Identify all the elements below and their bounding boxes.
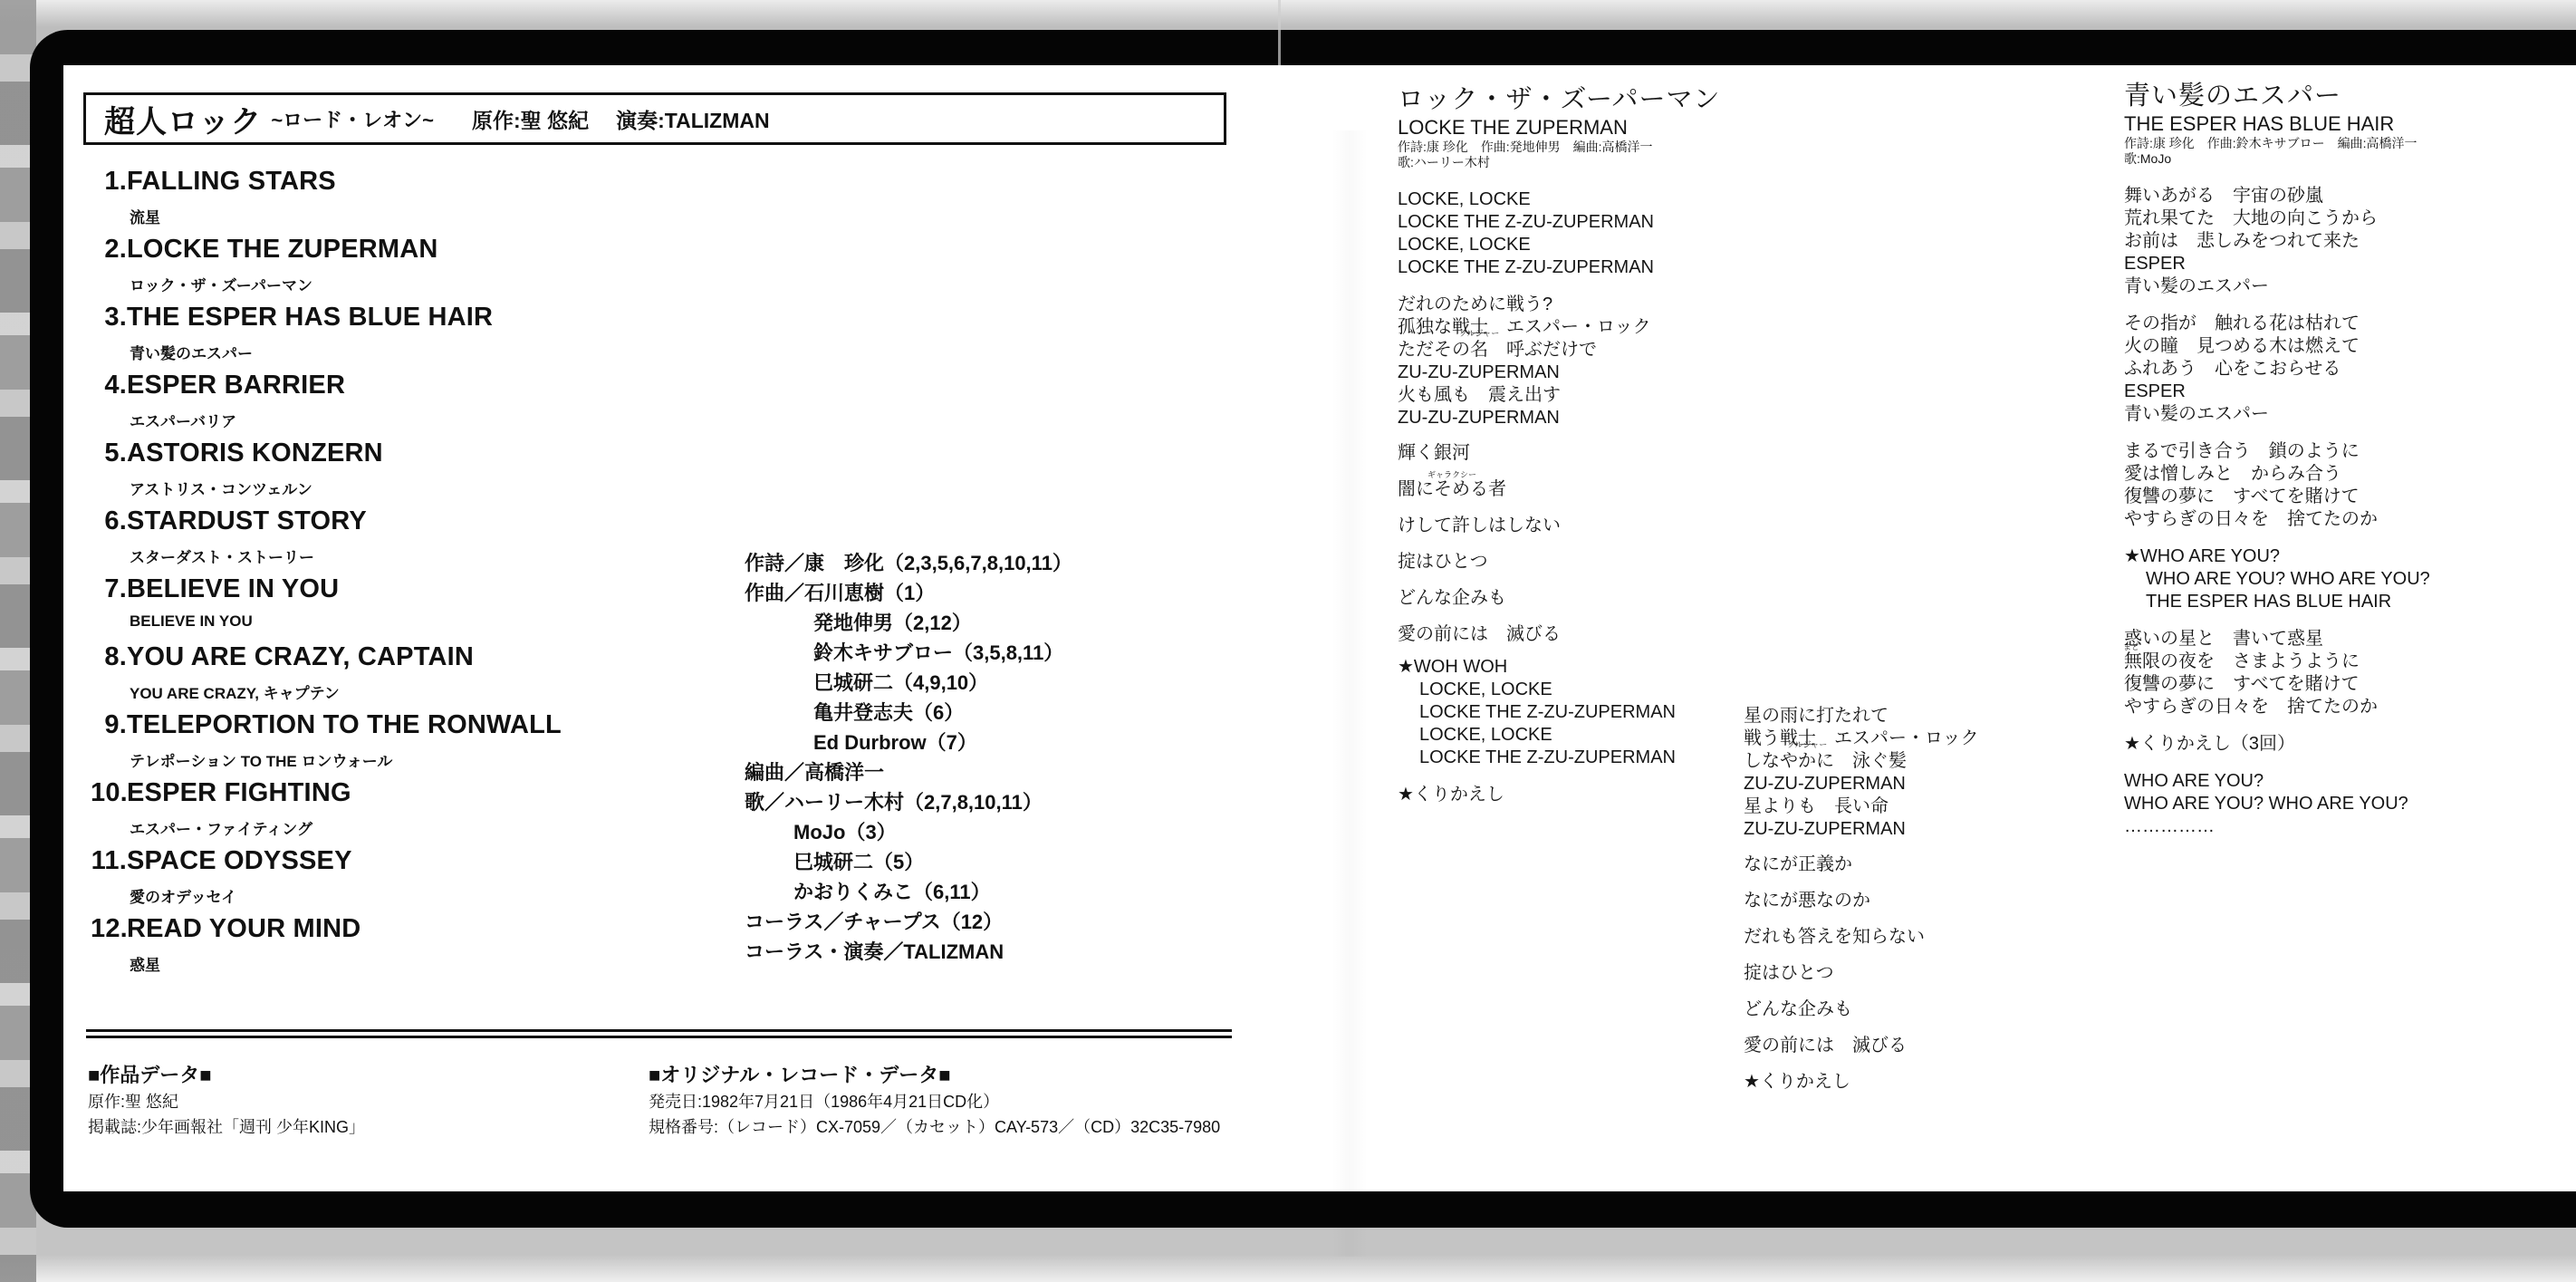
lyric-line: 無限の夜を さまようように <box>2124 651 2430 673</box>
track-number: 12. <box>91 914 127 944</box>
record-data-block: ■オリジナル・レコード・データ■ 発売日:1982年7月21日（1986年4月2… <box>649 1062 1220 1140</box>
lyric-text: 戦う戦士 エスパー・ロック <box>1744 728 1979 748</box>
track-subtitle: テレポーション TO THE ロンウォール <box>130 748 392 771</box>
lyric-line: どんな企みも <box>1744 991 1979 1027</box>
ruby-annotation: ソルジャー <box>1459 323 1500 345</box>
work-data-line: 原作:聖 悠紀 <box>88 1089 365 1114</box>
track-number: 8. <box>91 642 127 672</box>
lyric-line: 青い髪のエスパー <box>2124 275 2430 298</box>
track-item: 1.FALLING STARS流星 <box>91 165 725 233</box>
track-number: 2. <box>91 235 127 265</box>
track-item: 9.TELEPORTION TO THE RONWALLテレポーション TO T… <box>91 708 725 776</box>
track-title: TELEPORTION TO THE RONWALL <box>127 710 562 739</box>
lyrics-locke-continued: 星の雨に打たれて ソルジャー戦う戦士 エスパー・ロック しなやかに 泳ぐ髪 ZU… <box>1744 705 1979 1100</box>
track-number: 6. <box>91 506 127 536</box>
album-title: 超人ロック <box>104 97 262 141</box>
lyric-line: 星よりも 長い命 <box>1744 795 1979 818</box>
lyric-text: 孤独な戦士 エスパー・ロック <box>1398 317 1651 337</box>
track-title: STARDUST STORY <box>127 506 367 535</box>
lyric-line: LOCKE THE Z-ZU-ZUPERMAN <box>1398 747 1721 769</box>
credit-composer: 亀井登志夫（6） <box>745 698 1216 728</box>
divider-double-rule <box>86 1029 1232 1038</box>
lyric-line: やすらぎの日々を 捨てたのか <box>2124 696 2430 718</box>
track-title: ESPER FIGHTING <box>127 778 351 807</box>
lyric-line: ZU-ZU-ZUPERMAN <box>1744 773 1979 795</box>
lyric-line: ★WOH WOH <box>1398 656 1721 679</box>
track-number: 5. <box>91 439 127 468</box>
lyric-line: LOCKE, LOCKE <box>1398 679 1721 701</box>
track-subtitle: 惑星 <box>130 952 160 975</box>
lyric-line: LOCKE THE Z-ZU-ZUPERMAN <box>1398 211 1721 234</box>
lyric-line: ESPER <box>2124 253 2430 275</box>
song-title-japanese: 青い髪のエスパー <box>2124 80 2430 112</box>
credit-composer: 発地伸男（2,12） <box>745 608 1216 638</box>
track-title: LOCKE THE ZUPERMAN <box>127 235 438 264</box>
track-title: READ YOUR MIND <box>127 914 360 943</box>
track-subtitle: ロック・ザ・ズーパーマン <box>130 273 312 295</box>
lyrics-esper-has-blue-hair: 青い髪のエスパー THE ESPER HAS BLUE HAIR 作詩:康 珍化… <box>2124 80 2430 838</box>
lyrics-locke-the-zuperman: ロック・ザ・ズーパーマン LOCKE THE ZUPERMAN 作詩:康 珍化 … <box>1398 83 1721 806</box>
lyric-line: ふれあう 心をこおらせる <box>2124 358 2430 381</box>
record-data-line: 規格番号:（レコード）CX-7059／（カセット）CAY-573／（CD）32C… <box>649 1114 1220 1140</box>
track-number: 9. <box>91 710 127 740</box>
lyric-line: ★WHO ARE YOU? <box>2124 545 2430 568</box>
ruby-annotation: ギャラクシー <box>1427 457 1476 493</box>
repeat-marker: ★くりかえし <box>1744 1064 1979 1100</box>
lyric-line: LOCKE, LOCKE <box>1398 724 1721 747</box>
credit-vocal: かおりくみこ（6,11） <box>745 877 1216 907</box>
track-item: 3.THE ESPER HAS BLUE HAIR青い髪のエスパー <box>91 301 725 369</box>
track-subtitle: 愛のオデッセイ <box>130 884 236 907</box>
track-item: 8.YOU ARE CRAZY, CAPTAINYOU ARE CRAZY, キ… <box>91 641 725 708</box>
center-fold <box>1331 130 1368 1257</box>
lyric-line: だれのために戦う? <box>1398 294 1721 316</box>
track-item: 5.ASTORIS KONZERNアストリス・コンツェルン <box>91 437 725 505</box>
track-subtitle: エスパー・ファイティング <box>130 816 312 839</box>
track-title: YOU ARE CRAZY, CAPTAIN <box>127 642 474 671</box>
lyric-line: 復讐の夢に すべてを賭けて <box>2124 673 2430 696</box>
lyric-line: どんな企みも <box>1398 580 1721 616</box>
lyric-line: やすらぎの日々を 捨てたのか <box>2124 508 2430 531</box>
lyric-line: LOCKE THE Z-ZU-ZUPERMAN <box>1398 256 1721 279</box>
credit-lyrics: 作詩／康 珍化（2,3,5,6,7,8,10,11） <box>745 548 1216 578</box>
track-number: 10. <box>91 778 127 808</box>
credit-composer: 鈴木キサブロー（3,5,8,11） <box>745 638 1216 668</box>
lyric-line: ZU-ZU-ZUPERMAN <box>1398 361 1721 384</box>
track-subtitle: アストリス・コンツェルン <box>130 477 312 499</box>
repeat-marker: ★くりかえし <box>1398 784 1721 806</box>
lyric-line: まど惑いの星と 書いて惑星 <box>2124 628 2430 651</box>
lyric-line: 青い髪のエスパー <box>2124 403 2430 426</box>
lyric-line: THE ESPER HAS BLUE HAIR <box>2124 591 2430 613</box>
lyric-line: LOCKE THE Z-ZU-ZUPERMAN <box>1398 701 1721 724</box>
track-subtitle: 流星 <box>130 205 160 227</box>
lyric-line: 愛の前には 滅びる <box>1744 1027 1979 1064</box>
lyric-line: 愛は憎しみと からみ合う <box>2124 463 2430 486</box>
lyric-line: ZU-ZU-ZUPERMAN <box>1398 407 1721 429</box>
lyric-text: 惑いの星と 書いて惑星 <box>2124 629 2323 649</box>
work-data-block: ■作品データ■ 原作:聖 悠紀 掲載誌:少年画報社「週刊 少年KING」 <box>88 1062 365 1140</box>
song-title-japanese: ロック・ザ・ズーパーマン <box>1398 83 1721 116</box>
lyric-line: 火の瞳 見つめる木は燃えて <box>2124 335 2430 358</box>
lyric-line: ZU-ZU-ZUPERMAN <box>1744 818 1979 841</box>
credit-chorus: コーラス／チャープス（12） <box>745 907 1216 937</box>
track-title: BELIEVE IN YOU <box>127 574 339 603</box>
credit-arranger: 編曲／高橋洋一 <box>745 757 1216 787</box>
track-title: THE ESPER HAS BLUE HAIR <box>127 303 493 332</box>
song-credit: 作詩:康 珍化 作曲:発地伸男 編曲:高橋洋一 <box>1398 140 1721 155</box>
track-item: 7.BELIEVE IN YOUBELIEVE IN YOU <box>91 573 725 641</box>
lyric-line: 星の雨に打たれて <box>1744 705 1979 728</box>
song-credit: 歌:MoJo <box>2124 151 2430 167</box>
lyric-line: しなやかに 泳ぐ髪 <box>1744 750 1979 773</box>
lyric-line: ただその名 呼ぶだけで <box>1398 339 1721 361</box>
credit-vocal: MoJo（3） <box>745 817 1216 847</box>
record-data-line: 発売日:1982年7月21日（1986年4月21日CD化） <box>649 1089 1220 1114</box>
track-subtitle: 青い髪のエスパー <box>130 341 253 363</box>
lyric-line: ソルジャー戦う戦士 エスパー・ロック <box>1744 728 1979 750</box>
ruby-annotation: まど <box>2123 636 2139 659</box>
lyric-line: WHO ARE YOU? <box>2124 770 2430 793</box>
lyric-line: 掟はひとつ <box>1744 955 1979 991</box>
lyric-line: なにが正義か <box>1744 846 1979 882</box>
lyric-line: WHO ARE YOU? WHO ARE YOU? <box>2124 568 2430 591</box>
lyric-line: けして許しはしない <box>1398 507 1721 544</box>
album-subtitle: ~ロード・レオン~ <box>271 105 434 133</box>
track-item: 12.READ YOUR MIND惑星 <box>91 912 725 980</box>
song-credit: 歌:ハーリー木村 <box>1398 155 1721 170</box>
song-credit: 作詩:康 珍化 作曲:鈴木キサブロー 編曲:高橋洋一 <box>2124 136 2430 151</box>
credit-chorus-performance: コーラス・演奏／TALIZMAN <box>745 937 1216 967</box>
track-item: 4.ESPER BARRIERエスパーバリア <box>91 369 725 437</box>
lyric-line: LOCKE, LOCKE <box>1398 234 1721 256</box>
credit-composer: 巳城研二（4,9,10） <box>745 668 1216 698</box>
track-number: 11. <box>91 846 127 876</box>
track-title: FALLING STARS <box>127 167 336 196</box>
lyric-line: ソルジャー孤独な戦士 エスパー・ロック <box>1398 316 1721 339</box>
credit-vocal: 巳城研二（5） <box>745 847 1216 877</box>
lyric-line: まるで引き合う 鎖のように <box>2124 440 2430 463</box>
credit-composer: 作曲／石川恵樹（1） <box>745 578 1216 608</box>
repeat-marker: ★くりかえし（3回） <box>2124 733 2430 756</box>
page-fold-mark <box>1278 0 1281 65</box>
lyric-line: ESPER <box>2124 381 2430 403</box>
lyric-line: WHO ARE YOU? WHO ARE YOU? <box>2124 793 2430 815</box>
track-title: SPACE ODYSSEY <box>127 846 352 875</box>
track-number: 3. <box>91 303 127 333</box>
credit-composer: Ed Durbrow（7） <box>745 728 1216 757</box>
lyric-line: 掟はひとつ <box>1398 544 1721 580</box>
track-item: 11.SPACE ODYSSEY愛のオデッセイ <box>91 844 725 912</box>
album-title-box: 超人ロック ~ロード・レオン~ 原作:聖 悠紀 演奏:TALIZMAN <box>83 92 1226 145</box>
track-title: ESPER BARRIER <box>127 371 345 400</box>
lyric-line: 復讐の夢に すべてを賭けて <box>2124 486 2430 508</box>
track-item: 2.LOCKE THE ZUPERMANロック・ザ・ズーパーマン <box>91 233 725 301</box>
song-title-english: LOCKE THE ZUPERMAN <box>1398 116 1721 140</box>
lyric-line: 火も風も 震え出す <box>1398 384 1721 407</box>
lyric-ellipsis: …………… <box>2124 815 2430 838</box>
record-data-heading: ■オリジナル・レコード・データ■ <box>649 1062 1220 1089</box>
work-data-heading: ■作品データ■ <box>88 1062 365 1089</box>
lyric-line: 舞いあがる 宇宙の砂嵐 <box>2124 185 2430 207</box>
track-list: 1.FALLING STARS流星 2.LOCKE THE ZUPERMANロッ… <box>91 165 725 980</box>
track-title: ASTORIS KONZERN <box>127 439 383 467</box>
lyric-line: なにが悪なのか <box>1744 882 1979 919</box>
track-item: 6.STARDUST STORYスターダスト・ストーリー <box>91 505 725 573</box>
track-number: 1. <box>91 167 127 197</box>
track-number: 7. <box>91 574 127 604</box>
lyric-line: 愛の前には 滅びる <box>1398 616 1721 652</box>
lyric-line: 荒れ果てた 大地の向こうから <box>2124 207 2430 230</box>
staff-credits: 作詩／康 珍化（2,3,5,6,7,8,10,11） 作曲／石川恵樹（1） 発地… <box>745 548 1216 967</box>
track-item: 10.ESPER FIGHTINGエスパー・ファイティング <box>91 776 725 844</box>
track-subtitle: スターダスト・ストーリー <box>130 545 314 567</box>
track-subtitle: YOU ARE CRAZY, キャプテン <box>130 680 340 703</box>
song-title-english: THE ESPER HAS BLUE HAIR <box>2124 112 2430 136</box>
lyric-line: ギャラクシー輝く銀河 <box>1398 435 1721 471</box>
lyric-line: LOCKE, LOCKE <box>1398 188 1721 211</box>
performance-credit: 演奏:TALIZMAN <box>616 104 769 134</box>
ruby-annotation: ソルジャー <box>1787 734 1828 757</box>
credit-vocal: 歌／ハーリー木村（2,7,8,10,11） <box>745 787 1216 817</box>
lyric-line: だれも答えを知らない <box>1744 919 1979 955</box>
track-subtitle: エスパーバリア <box>130 409 236 431</box>
lyric-line: その指が 触れる花は枯れて <box>2124 313 2430 335</box>
track-subtitle: BELIEVE IN YOU <box>130 612 253 631</box>
work-data-line: 掲載誌:少年画報社「週刊 少年KING」 <box>88 1114 365 1140</box>
original-work-credit: 原作:聖 悠紀 <box>472 104 589 134</box>
track-number: 4. <box>91 371 127 400</box>
lyric-line: お前は 悲しみをつれて来た <box>2124 230 2430 253</box>
